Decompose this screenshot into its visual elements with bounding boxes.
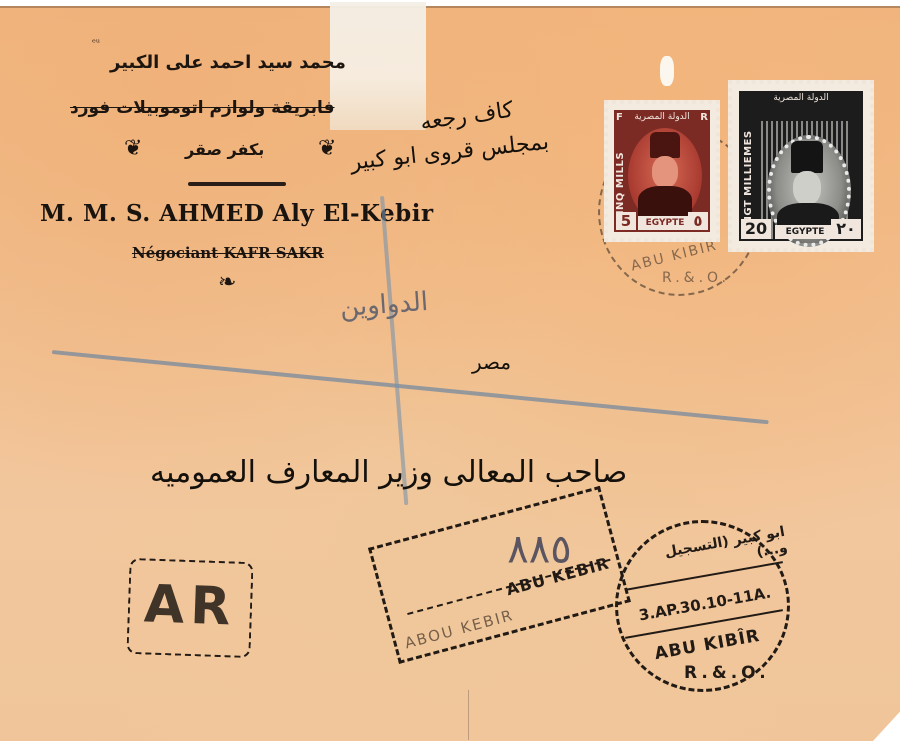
ornament-bottom-icon: ❧: [218, 270, 236, 295]
stamp-arabic-header: الدولة المصرية: [739, 93, 863, 103]
envelope-top-edge: [0, 6, 900, 8]
postmark-arabic: ابو كبير (التسجيل و...): [654, 524, 789, 578]
postmark-town: ABU KIBÎR: [653, 626, 762, 664]
cancel-town: ABU KIBIR: [629, 238, 719, 275]
destination-city: مصر: [472, 350, 511, 374]
stamp-value-arabic: ٥: [688, 212, 708, 230]
letterhead-arabic-town: بكفر صقر: [185, 140, 264, 159]
addressee: صاحب المعالى وزير المعارف العموميه: [150, 455, 627, 490]
portrait-coat: [638, 186, 692, 220]
stamp-arabic-header: الدولة المصرية: [614, 112, 710, 122]
stamp-value-latin: 5: [616, 212, 636, 230]
stamp-frame: F R الدولة المصرية CINQ MILLS 5 EGYPTE ٥: [614, 110, 710, 232]
stamp-5-mills: F R الدولة المصرية CINQ MILLS 5 EGYPTE ٥: [604, 100, 720, 242]
stamp-20-milliemes: الدولة المصرية VINGT MILLIEMES 20 EGYPTE…: [728, 80, 874, 252]
letterhead-english-subtitle: Négociant KAFR SAKR: [132, 244, 324, 262]
portrait-fez: [791, 141, 823, 173]
ar-handstamp: AR: [126, 558, 253, 658]
postmark-code: R.&.O.: [684, 663, 770, 683]
stamp-frame: الدولة المصرية VINGT MILLIEMES 20 EGYPTE…: [739, 91, 863, 241]
stamp-country: EGYPTE: [775, 225, 835, 239]
ornament-left-icon: ❦: [124, 136, 142, 161]
letterhead-english-name: M. M. S. AHMED Aly El-Kebir: [40, 200, 434, 227]
ornament-right-icon: ❦: [318, 136, 336, 161]
portrait-face: [793, 171, 821, 205]
date-postmark: ابو كبير (التسجيل و...) 3.AP.30.10-11A. …: [615, 520, 790, 692]
ar-label: AR: [143, 574, 237, 637]
stamp-country: EGYPTE: [638, 216, 692, 230]
portrait-fez: [650, 132, 680, 158]
postmark-date: 3.AP.30.10-11A.: [637, 584, 772, 625]
tiny-mark: ᵉᵘ: [92, 38, 100, 49]
cancel-code: R.&.O.: [662, 270, 730, 286]
stamp-value-arabic: ٢٠: [831, 219, 861, 239]
paper-fold: [468, 690, 469, 740]
paper-tear: [660, 56, 674, 86]
portrait-face: [652, 156, 678, 188]
pencil-note: الدواوين: [339, 287, 429, 323]
stamp-side-label: CINQ MILLS: [615, 132, 626, 222]
ornamental-rule: [188, 182, 286, 186]
letterhead-arabic-business: فابريقة ولوازم اتوموبيلات فورد: [70, 98, 335, 118]
letterhead-arabic-name: محمد سيد احمد على الكبير: [110, 52, 346, 73]
stamp-value-latin: 20: [741, 219, 771, 239]
